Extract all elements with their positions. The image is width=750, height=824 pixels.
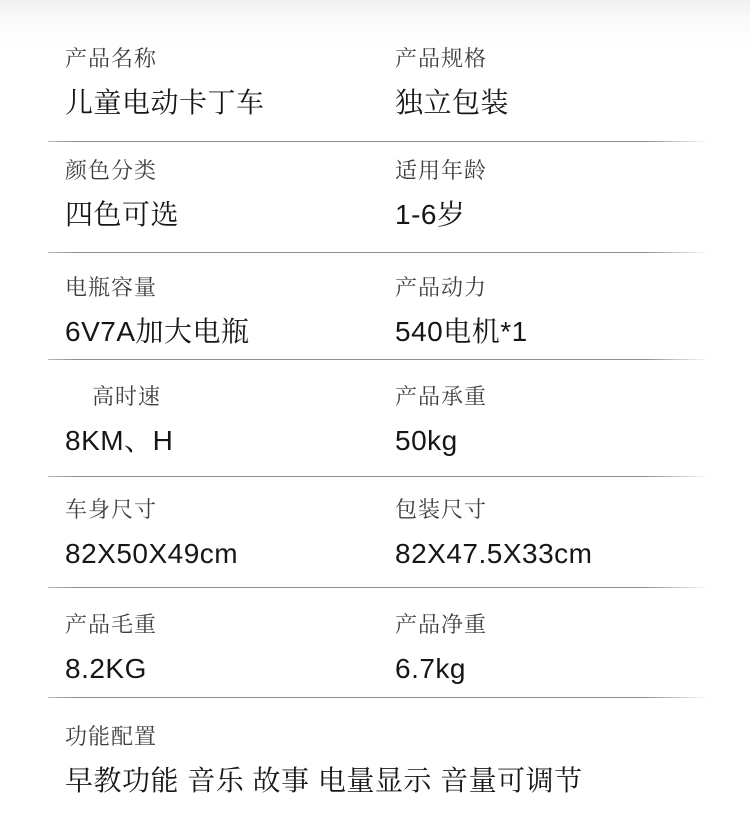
spec-label: 适用年龄 [395, 158, 725, 184]
spec-row-features: 功能配置 早教功能 音乐 故事 电量显示 音量可调节 [0, 698, 750, 824]
spec-label: 产品动力 [395, 275, 725, 301]
spec-cell-body-size: 车身尺寸 82X50X49cm [65, 497, 395, 571]
spec-value: 独立包装 [395, 86, 725, 120]
spec-label: 产品规格 [395, 46, 725, 72]
spec-row-dimensions: 车身尺寸 82X50X49cm 包装尺寸 82X47.5X33cm [0, 477, 750, 588]
spec-cell-net-weight: 产品净重 6.7kg [395, 612, 725, 686]
spec-label: 产品承重 [395, 384, 725, 410]
spec-row-battery-power: 电瓶容量 6V7A加大电瓶 产品动力 540电机*1 [0, 253, 750, 360]
spec-cell-color: 颜色分类 四色可选 [65, 158, 395, 232]
spec-row-weights: 产品毛重 8.2KG 产品净重 6.7kg [0, 588, 750, 698]
spec-cell-features: 功能配置 早教功能 音乐 故事 电量显示 音量可调节 [65, 724, 725, 798]
spec-label: 颜色分类 [65, 158, 395, 184]
spec-row-speed-load: 高时速 8KM、H 产品承重 50kg [0, 360, 750, 477]
spec-cell-age: 适用年龄 1-6岁 [395, 158, 725, 232]
spec-row-color-age: 颜色分类 四色可选 适用年龄 1-6岁 [0, 142, 750, 253]
spec-value: 8KM、H [65, 424, 395, 458]
spec-cell-motor: 产品动力 540电机*1 [395, 275, 725, 349]
spec-cell-product-name: 产品名称 儿童电动卡丁车 [65, 46, 395, 120]
spec-label: 产品毛重 [65, 612, 395, 638]
spec-value: 6.7kg [395, 652, 725, 686]
spec-label: 功能配置 [65, 724, 725, 750]
spec-value: 82X50X49cm [65, 537, 395, 571]
spec-cell-product-packaging: 产品规格 独立包装 [395, 46, 725, 120]
spec-cell-load: 产品承重 50kg [395, 384, 725, 458]
spec-label: 高时速 [65, 384, 395, 410]
spec-label: 车身尺寸 [65, 497, 395, 523]
spec-cell-speed: 高时速 8KM、H [65, 384, 395, 458]
spec-value: 50kg [395, 424, 725, 458]
spec-row-product-name: 产品名称 儿童电动卡丁车 产品规格 独立包装 [0, 0, 750, 142]
spec-cell-package-size: 包装尺寸 82X47.5X33cm [395, 497, 725, 571]
product-spec-sheet: 产品名称 儿童电动卡丁车 产品规格 独立包装 颜色分类 四色可选 适用年龄 1-… [0, 0, 750, 824]
spec-label: 包装尺寸 [395, 497, 725, 523]
spec-label: 产品名称 [65, 46, 395, 72]
spec-value: 540电机*1 [395, 315, 725, 349]
spec-value: 四色可选 [65, 198, 395, 232]
spec-value: 6V7A加大电瓶 [65, 315, 395, 349]
spec-value: 1-6岁 [395, 198, 725, 232]
spec-value: 早教功能 音乐 故事 电量显示 音量可调节 [65, 764, 725, 798]
spec-cell-gross-weight: 产品毛重 8.2KG [65, 612, 395, 686]
spec-value: 8.2KG [65, 652, 395, 686]
spec-cell-battery: 电瓶容量 6V7A加大电瓶 [65, 275, 395, 349]
spec-value: 儿童电动卡丁车 [65, 86, 395, 120]
spec-label: 电瓶容量 [65, 275, 395, 301]
spec-label: 产品净重 [395, 612, 725, 638]
spec-value: 82X47.5X33cm [395, 537, 725, 571]
